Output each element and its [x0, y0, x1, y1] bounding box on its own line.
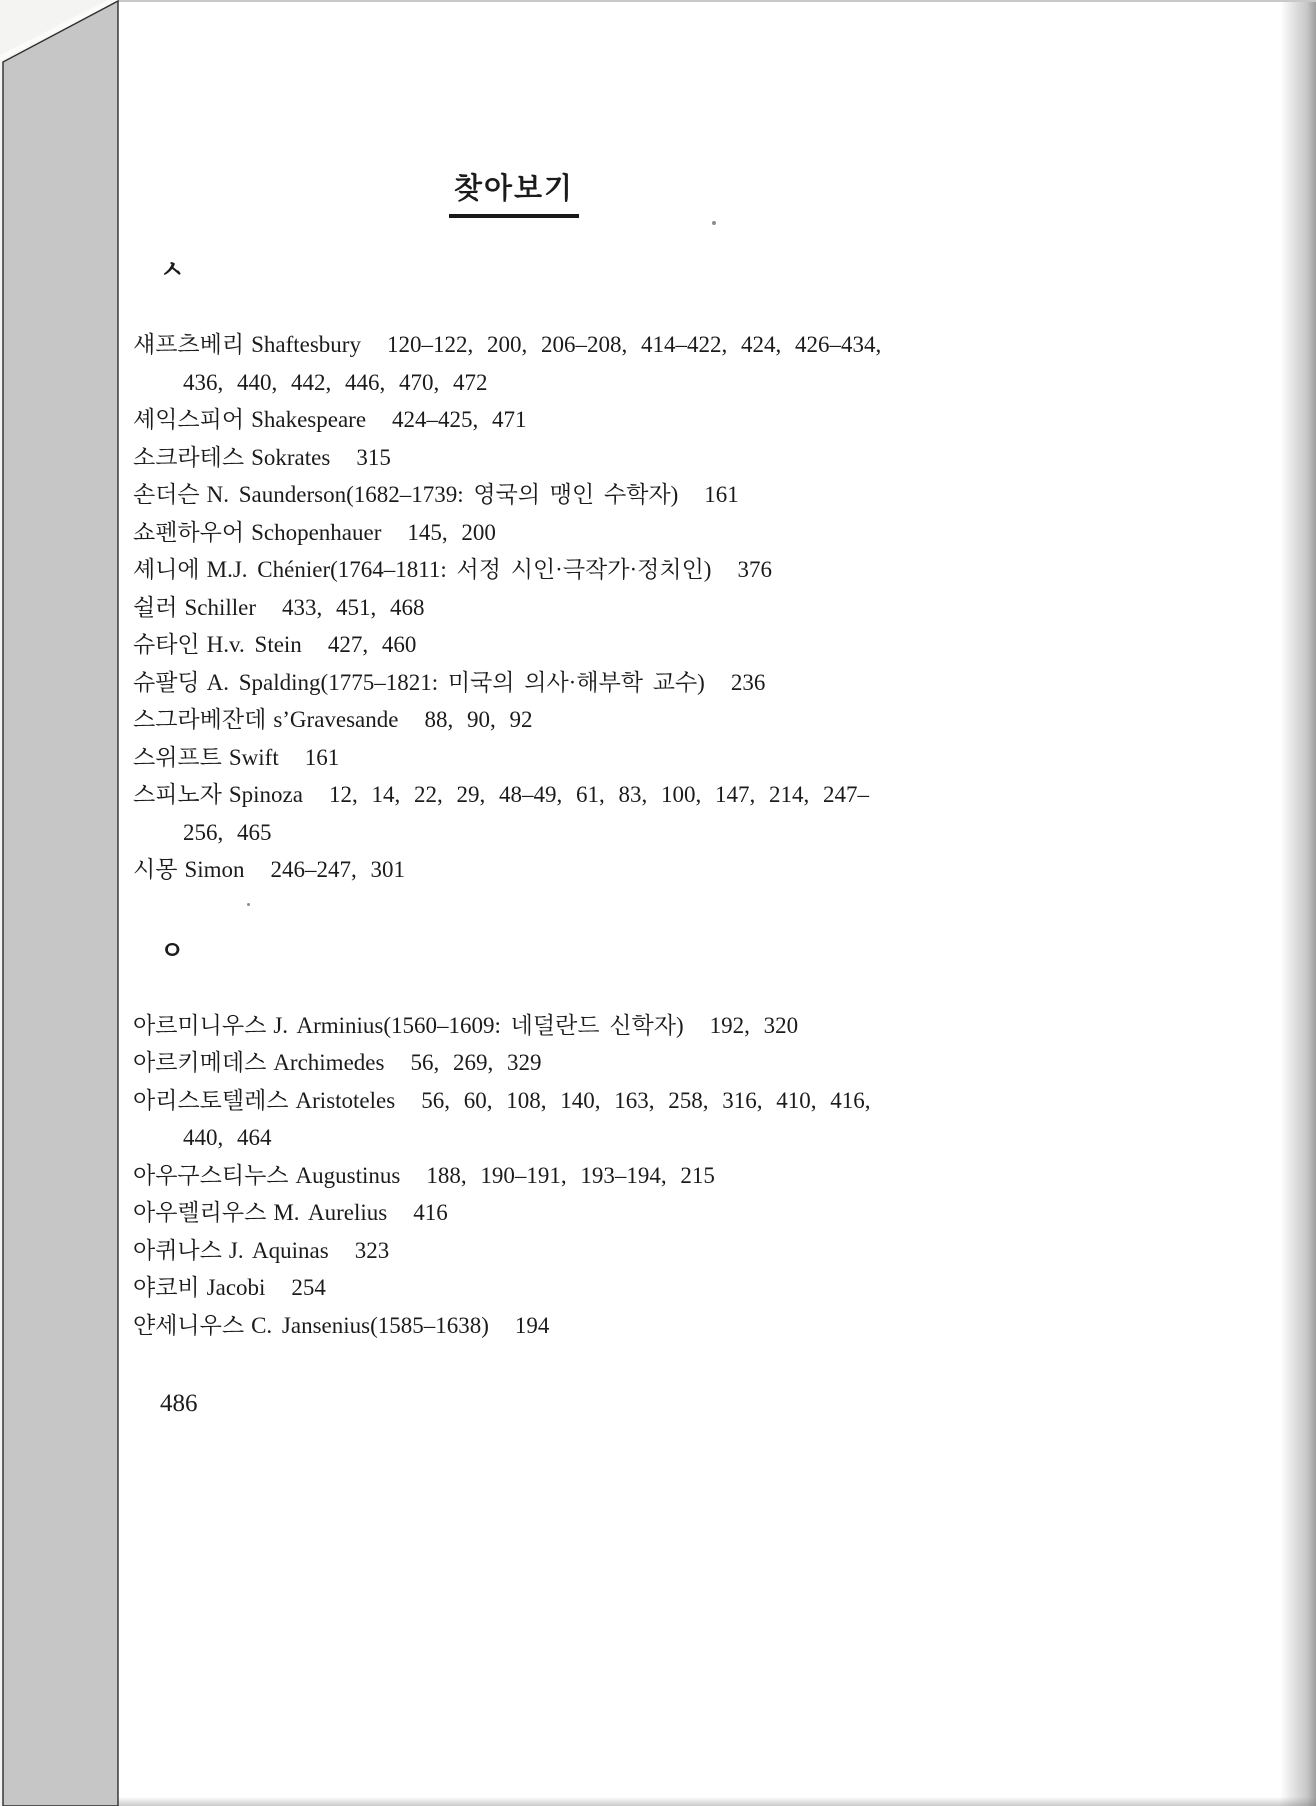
- entry-korean-name: 시몽: [133, 857, 177, 882]
- entry-latin-name: M.J. Chénier(1764–1811: 서정 시인·극작가·정치인): [207, 557, 712, 582]
- entry-pages: 161: [305, 745, 340, 770]
- entry-pages: 416: [413, 1200, 448, 1225]
- entry-latin-name: Schopenhauer: [251, 520, 381, 545]
- entry-korean-name: 아리스토텔레스: [133, 1088, 289, 1113]
- entry-latin-name: Schiller: [184, 595, 256, 620]
- entry-korean-name: 쇼펜하우어: [133, 520, 244, 545]
- scan-speck: [712, 221, 716, 225]
- section-letter: ㅇ: [160, 937, 895, 967]
- entry-latin-name: J. Aquinas: [229, 1238, 329, 1263]
- entry-korean-name: 슈팔딩: [133, 670, 200, 695]
- entry-latin-name: Shaftesbury: [251, 332, 361, 357]
- entry-latin-name: Simon: [184, 857, 244, 882]
- entry-latin-name: Jacobi: [207, 1275, 266, 1300]
- index-page-content: 찾아보기 ㅅ섀프츠베리Shaftesbury120–122, 200, 206–…: [133, 0, 895, 1418]
- index-entry: 슈타인H.v. Stein427, 460: [133, 626, 895, 664]
- entry-pages: 424–425, 471: [392, 407, 527, 432]
- entry-latin-name: N. Saunderson(1682–1739: 영국의 맹인 수학자): [207, 482, 679, 507]
- index-entry: 셰니에M.J. Chénier(1764–1811: 서정 시인·극작가·정치인…: [133, 551, 895, 589]
- page-title: 찾아보기: [449, 166, 579, 218]
- index-entry: 아우구스티누스Augustinus188, 190–191, 193–194, …: [133, 1157, 895, 1195]
- entry-korean-name: 스위프트: [133, 745, 222, 770]
- index-entry: 아르미니우스J. Arminius(1560–1609: 네덜란드 신학자)19…: [133, 1007, 895, 1045]
- entry-pages: 88, 90, 92: [424, 707, 532, 732]
- scan-speck: [247, 903, 250, 906]
- entry-pages: 161: [704, 482, 739, 507]
- entry-latin-name: J. Arminius(1560–1609: 네덜란드 신학자): [273, 1013, 683, 1038]
- entry-korean-name: 소크라테스: [133, 445, 244, 470]
- entry-korean-name: 얀세니우스: [133, 1313, 244, 1338]
- index-entry: 손더슨N. Saunderson(1682–1739: 영국의 맹인 수학자)1…: [133, 476, 895, 514]
- entry-korean-name: 스그라베잔데: [133, 707, 266, 732]
- entry-pages: 433, 451, 468: [282, 595, 425, 620]
- entry-korean-name: 섀프츠베리: [133, 332, 244, 357]
- entry-korean-name: 손더슨: [133, 482, 200, 507]
- entry-latin-name: Archimedes: [273, 1050, 384, 1075]
- index-entry: 섀프츠베리Shaftesbury120–122, 200, 206–208, 4…: [133, 326, 895, 401]
- index-entry: 야코비Jacobi254: [133, 1269, 895, 1307]
- index-entry: 스그라베잔데s’Gravesande88, 90, 92: [133, 701, 895, 739]
- entry-pages: 376: [737, 557, 772, 582]
- index-entry: 아르키메데스Archimedes56, 269, 329: [133, 1044, 895, 1082]
- entry-latin-name: Aristoteles: [296, 1088, 396, 1113]
- index-content: ㅅ섀프츠베리Shaftesbury120–122, 200, 206–208, …: [133, 256, 895, 1344]
- entry-pages: 323: [355, 1238, 390, 1263]
- entry-latin-name: s’Gravesande: [273, 707, 398, 732]
- entry-pages: 254: [291, 1275, 326, 1300]
- index-entry: 아퀴나스J. Aquinas323: [133, 1232, 895, 1270]
- index-entry: 시몽Simon246–247, 301: [133, 851, 895, 889]
- entry-korean-name: 야코비: [133, 1275, 200, 1300]
- entry-korean-name: 아우렐리우스: [133, 1200, 266, 1225]
- entry-latin-name: A. Spalding(1775–1821: 미국의 의사·해부학 교수): [207, 670, 705, 695]
- entry-latin-name: Sokrates: [251, 445, 330, 470]
- entry-korean-name: 아퀴나스: [133, 1238, 222, 1263]
- page-bottom-edge-shadow: [118, 1797, 1316, 1806]
- index-entry: 아우렐리우스M. Aurelius416: [133, 1194, 895, 1232]
- entry-latin-name: Augustinus: [296, 1163, 401, 1188]
- index-entry: 소크라테스Sokrates315: [133, 439, 895, 477]
- section-entries: 섀프츠베리Shaftesbury120–122, 200, 206–208, 4…: [133, 326, 895, 889]
- section-entries: 아르미니우스J. Arminius(1560–1609: 네덜란드 신학자)19…: [133, 1007, 895, 1345]
- entry-latin-name: Swift: [229, 745, 279, 770]
- entry-pages: 145, 200: [407, 520, 496, 545]
- index-entry: 아리스토텔레스Aristoteles56, 60, 108, 140, 163,…: [133, 1082, 895, 1157]
- index-entry: 쉴러Schiller433, 451, 468: [133, 589, 895, 627]
- page-right-edge-shadow: [1280, 2, 1316, 1806]
- index-entry: 셰익스피어Shakespeare424–425, 471: [133, 401, 895, 439]
- entry-pages: 192, 320: [710, 1013, 799, 1038]
- section-letter: ㅅ: [160, 256, 895, 286]
- entry-korean-name: 슈타인: [133, 632, 200, 657]
- entry-pages: 188, 190–191, 193–194, 215: [426, 1163, 715, 1188]
- entry-pages: 427, 460: [328, 632, 417, 657]
- index-entry: 스위프트Swift161: [133, 739, 895, 777]
- page-title-wrap: 찾아보기: [133, 166, 895, 218]
- entry-korean-name: 아르키메데스: [133, 1050, 266, 1075]
- entry-korean-name: 스피노자: [133, 782, 222, 807]
- entry-korean-name: 아우구스티누스: [133, 1163, 289, 1188]
- index-section: ㅅ섀프츠베리Shaftesbury120–122, 200, 206–208, …: [133, 256, 895, 889]
- entry-latin-name: M. Aurelius: [273, 1200, 387, 1225]
- entry-latin-name: H.v. Stein: [207, 632, 302, 657]
- entry-pages: 194: [515, 1313, 550, 1338]
- entry-korean-name: 셰니에: [133, 557, 200, 582]
- entry-latin-name: C. Jansenius(1585–1638): [251, 1313, 489, 1338]
- entry-pages: 236: [731, 670, 766, 695]
- entry-pages: 56, 269, 329: [410, 1050, 541, 1075]
- page-number: 486: [160, 1390, 895, 1418]
- book-spine-edge: [0, 0, 122, 1806]
- entry-korean-name: 셰익스피어: [133, 407, 244, 432]
- entry-korean-name: 쉴러: [133, 595, 177, 620]
- entry-latin-name: Spinoza: [229, 782, 303, 807]
- index-section: ㅇ아르미니우스J. Arminius(1560–1609: 네덜란드 신학자)1…: [133, 937, 895, 1345]
- index-entry: 얀세니우스C. Jansenius(1585–1638)194: [133, 1307, 895, 1345]
- index-entry: 쇼펜하우어Schopenhauer145, 200: [133, 514, 895, 552]
- index-entry: 슈팔딩A. Spalding(1775–1821: 미국의 의사·해부학 교수)…: [133, 664, 895, 702]
- entry-pages: 246–247, 301: [271, 857, 406, 882]
- entry-latin-name: Shakespeare: [251, 407, 366, 432]
- entry-korean-name: 아르미니우스: [133, 1013, 266, 1038]
- entry-pages: 315: [356, 445, 391, 470]
- spine-polygon: [3, 1, 118, 1806]
- index-entry: 스피노자Spinoza12, 14, 22, 29, 48–49, 61, 83…: [133, 776, 895, 851]
